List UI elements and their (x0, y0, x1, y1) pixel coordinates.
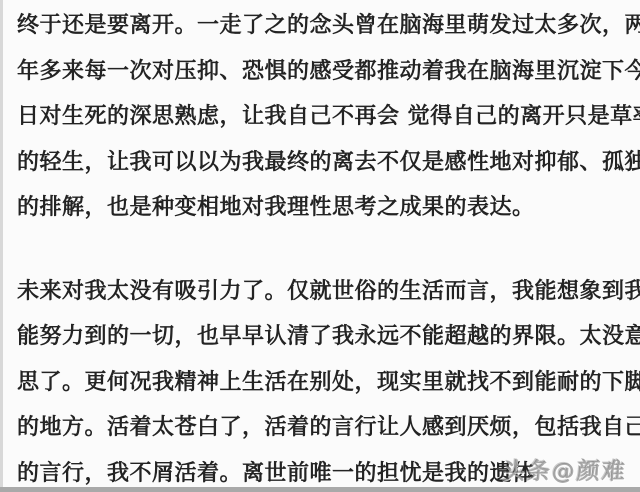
text-line: 年多来每一次对压抑、恐惧的感受都推动着我在脑海里沉淀下今 (17, 49, 640, 95)
text-line: 的地方。活着太苍白了，活着的言行让人感到厌烦，包括我自己 (17, 405, 640, 451)
document-page: 终于还是要离开。一走了之的念头曾在脑海里萌发过太多次，两 年多来每一次对压抑、恐… (0, 0, 640, 492)
text-line: 思了。更何况我精神上生活在别处，现实里就找不到能耐的下脚 (17, 360, 640, 406)
text-document: 终于还是要离开。一走了之的念头曾在脑海里萌发过太多次，两 年多来每一次对压抑、恐… (17, 3, 640, 492)
left-edge-strip (0, 0, 3, 492)
text-line: 未来对我太没有吸引力了。仅就世俗的生活而言，我能想象到我 (17, 269, 640, 315)
text-line: 能努力到的一切，也早早认清了我永远不能超越的界限。太没意 (17, 314, 640, 360)
bottom-edge-strip (0, 487, 640, 492)
paragraph-1: 终于还是要离开。一走了之的念头曾在脑海里萌发过太多次，两 年多来每一次对压抑、恐… (17, 3, 640, 231)
watermark: 头条@颜难 (501, 453, 628, 486)
text-line: 终于还是要离开。一走了之的念头曾在脑海里萌发过太多次，两 (17, 3, 640, 49)
text-line: 的轻生，让我可以以为我最终的离去不仅是感性地对抑郁、孤独 (17, 140, 640, 186)
text-line: 日对生死的深思熟虑，让我自己不再会 觉得自己的离开只是草率 (17, 94, 640, 140)
text-line: 的排解，也是种变相地对我理性思考之成果的表达。 (17, 185, 640, 231)
